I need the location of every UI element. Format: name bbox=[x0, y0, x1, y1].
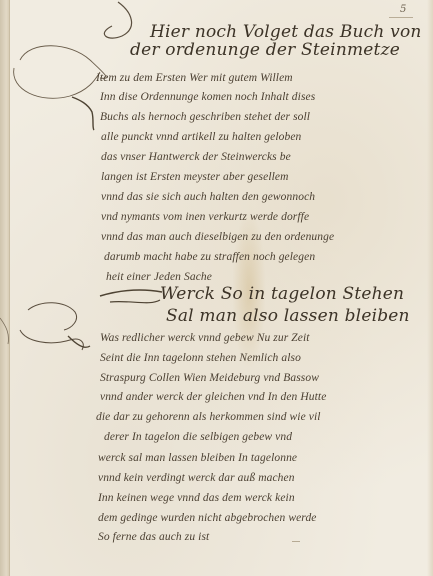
folio-underline bbox=[389, 17, 413, 18]
text-line: Item zu dem Ersten Wer mit gutem Willem bbox=[96, 72, 293, 84]
text-line: das vnser Hantwerck der Steinwercks be bbox=[101, 151, 291, 163]
ink-mark bbox=[292, 541, 300, 542]
text-line: werck sal man lassen bleiben In tagelonn… bbox=[98, 452, 297, 464]
text-line: darumb macht habe zu straffen noch geleg… bbox=[104, 251, 315, 263]
heading-line: der ordenunge der Steinmetze bbox=[130, 40, 400, 60]
folio-number: 5 bbox=[400, 4, 406, 15]
text-line: vnnd kein verdingt werck dar auß machen bbox=[98, 472, 295, 484]
text-line: vnnd ander werck der gleichen vnd In den… bbox=[100, 391, 326, 403]
text-line: Inn keinen wege vnnd das dem werck kein bbox=[98, 492, 295, 504]
text-line: langen ist Ersten meyster aber gesellem bbox=[101, 171, 289, 183]
text-line: Buchs als hernoch geschriben stehet der … bbox=[100, 111, 310, 123]
heading-line: Sal man also lassen bleiben bbox=[166, 306, 410, 326]
text-line: Inn dise Ordennunge komen noch Inhalt di… bbox=[100, 91, 315, 103]
text-line: derer In tagelon die selbigen gebew vnd bbox=[104, 431, 292, 443]
text-line: vnnd das sie sich auch halten den gewonn… bbox=[101, 191, 315, 203]
heading-line: Hier noch Volget das Buch von bbox=[150, 22, 422, 42]
text-line: dem gedinge wurden nicht abgebrochen wer… bbox=[98, 512, 317, 524]
binding-edge bbox=[0, 0, 10, 576]
text-line: die dar zu gehorenn als herkommen sind w… bbox=[96, 411, 321, 423]
heading-line: Werck So in tagelon Stehen bbox=[160, 284, 404, 304]
page-right-edge bbox=[427, 0, 433, 576]
manuscript-page: 5 Hier noch Volget das Buch von der orde… bbox=[0, 0, 433, 576]
text-line: Was redlicher werck vnnd gebew Nu zur Ze… bbox=[100, 332, 310, 344]
text-line: Seint die Inn tagelonn stehen Nemlich al… bbox=[100, 352, 301, 364]
text-line: So ferne das auch zu ist bbox=[98, 531, 209, 543]
text-line: vnd nymants vom inen verkurtz werde dorf… bbox=[101, 211, 309, 223]
text-line: alle punckt vnnd artikell zu halten gelo… bbox=[101, 131, 301, 143]
text-line: vnnd das man auch dieselbigen zu den ord… bbox=[101, 231, 334, 243]
text-line: Straspurg Collen Wien Meideburg vnd Bass… bbox=[100, 372, 319, 384]
text-line: heit einer Jeden Sache bbox=[106, 271, 212, 283]
